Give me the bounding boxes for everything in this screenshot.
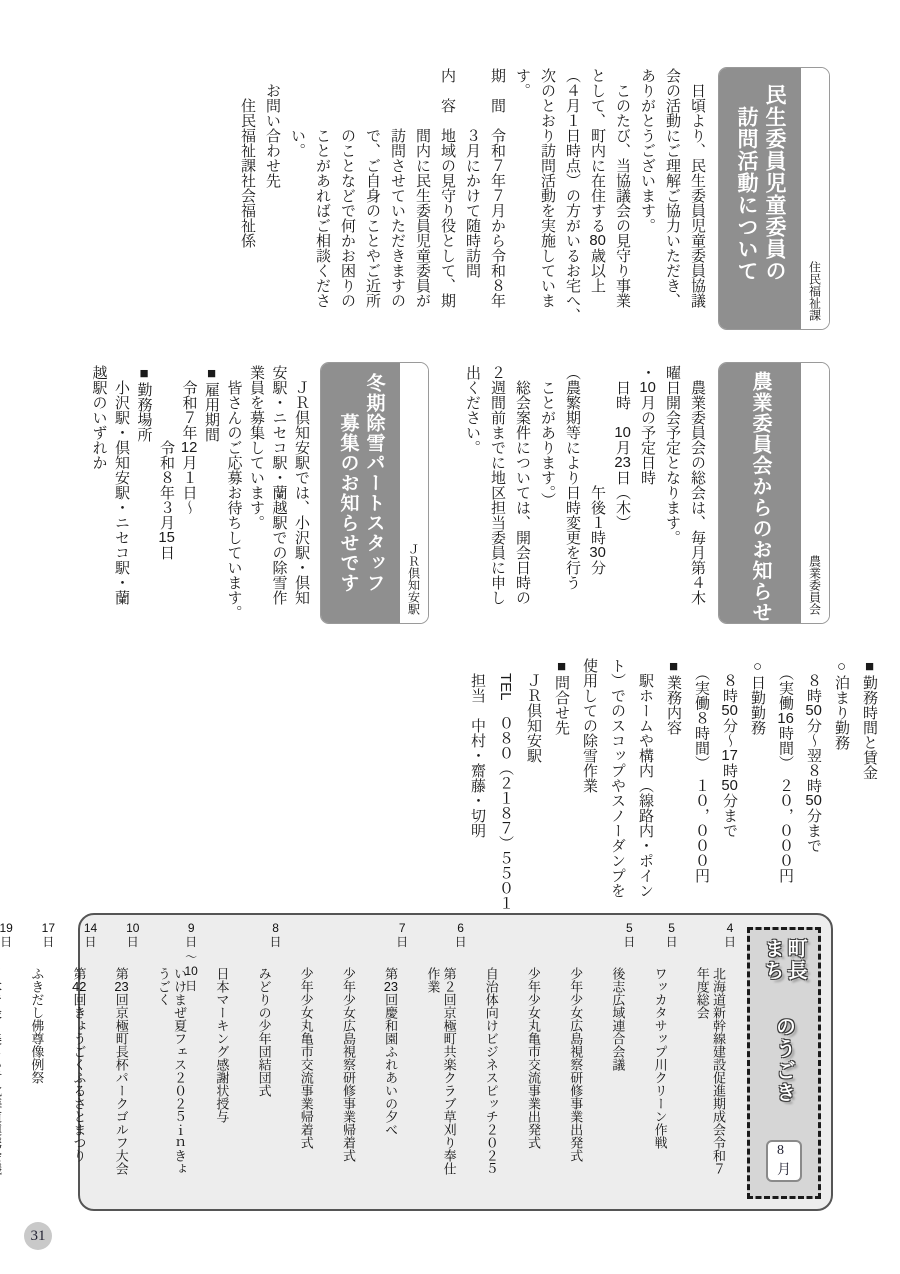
text-column: 次のとおり訪問活動を実施していま bbox=[535, 68, 560, 336]
schedule-date: 14 日 bbox=[82, 921, 100, 965]
schedule-group: 6 日 第２回京極町共楽クラブ草刈り奉仕作業 bbox=[411, 921, 469, 1205]
month-badge: 8月 bbox=[766, 1140, 802, 1182]
schedule-date: 9日 ～ 10日 bbox=[182, 921, 200, 965]
text-column: 小沢駅・倶知安駅・ニセコ駅・蘭 bbox=[110, 365, 133, 675]
article-title-column: 農業委員会からのお知らせ bbox=[746, 371, 774, 623]
text-column: のことなどで何かお困りの bbox=[335, 68, 360, 336]
schedule-event: ワッカタサップ川クリーン作戦 bbox=[651, 967, 667, 1177]
text-column: 曜日開会予定となります。 bbox=[660, 365, 685, 665]
text-column: 内 容 地域の見守り役として、期 bbox=[435, 68, 460, 336]
dept-label: 農業委員会 bbox=[807, 555, 824, 615]
article-2-title: 農業委員会からのお知らせ bbox=[746, 363, 774, 623]
article-3-title-area: 冬期除雪パートスタッフ 募集のお知らせです bbox=[321, 363, 400, 623]
schedule-group: 8 日 みどりの少年団結団式日本マーキング感謝状授与 bbox=[200, 921, 284, 1205]
text-column: ■業務内容 bbox=[659, 658, 687, 923]
text-column: 安駅・ニセコ駅・蘭越駅での除雪作 bbox=[267, 365, 290, 675]
text-column: ことがあればご相談くださ bbox=[310, 68, 335, 336]
schedule-event: 日本で最も美しい村北海道連携会議 bbox=[0, 967, 2, 1177]
article-3-header: 冬期除雪パートスタッフ 募集のお知らせです ＪＲ倶知安駅 bbox=[320, 362, 429, 624]
schedule-date: 17 日 bbox=[39, 921, 57, 965]
text-column: 業員を募集しています。 bbox=[245, 365, 268, 675]
text-column: で、ご自身のことやご近所 bbox=[360, 68, 385, 336]
text-column: 間内に民生委員児童委員が bbox=[410, 68, 435, 336]
text-column: 出ください。 bbox=[460, 365, 485, 665]
text-column: 越駅のいずれか bbox=[87, 365, 110, 675]
schedule-event: 第23回慶和園ふれあいの夕べ bbox=[382, 967, 398, 1177]
schedule-event: 自治体向けビジネスピッチ２０２５ bbox=[483, 967, 499, 1177]
schedule-group-events: 北海道新幹線建設促進期成会令和７年度総会 bbox=[681, 967, 739, 1177]
text-column: お問い合わせ先 bbox=[260, 68, 285, 336]
schedule-group-events: 第23回慶和園ふれあいの夕べ少年少女広島視察研修事業帰着式少年少女丸亀市交流事業… bbox=[285, 967, 412, 1177]
mayor-schedule-table: 町長 まち のうごき 8月 4 日 北海道新幹線建設促進期成会令和７年度総会 5… bbox=[78, 913, 833, 1211]
text-column: 令和８年３月15日 bbox=[155, 365, 178, 675]
dept-label: ＪＲ倶知安駅 bbox=[406, 543, 423, 615]
schedule-event: 第２回京極町共楽クラブ草刈り奉仕作業 bbox=[424, 967, 456, 1177]
article-3-body-part1: ＪＲ倶知安駅では、小沢駅・倶知安駅・ニセコ駅・蘭越駅での除雪作業員を募集していま… bbox=[87, 365, 312, 675]
article-1-header: 民生委員児童委員の 訪問活動について 住民福祉課 bbox=[718, 67, 830, 330]
text-column: 令和７年12月１日～ bbox=[177, 365, 200, 675]
text-column: 農業委員会の総会は、毎月第４木 bbox=[685, 365, 710, 665]
article-2-dept-tab: 農業委員会 bbox=[801, 363, 829, 623]
article-2-title-area: 農業委員会からのお知らせ bbox=[719, 363, 801, 623]
schedule-event: 少年少女広島視察研修事業出発式 bbox=[567, 967, 583, 1177]
text-column: ありがとうございます。 bbox=[635, 68, 660, 336]
text-column: ■勤務場所 bbox=[132, 365, 155, 675]
schedule-group: 4 日 北海道新幹線建設促進期成会令和７年度総会 bbox=[681, 921, 739, 1205]
text-column: ３月にかけて随時訪問 bbox=[460, 68, 485, 336]
article-3-body-part2: ■勤務時間と賃金○泊まり勤務 ８時50分～翌８時50分まで （実働16時間） ２… bbox=[463, 658, 883, 923]
schedule-date: 10 日 bbox=[124, 921, 142, 965]
schedule-group-events: ふきだし佛尊像例祭 bbox=[15, 967, 57, 1177]
text-column: す。 bbox=[510, 68, 535, 336]
article-title-column: 民生委員児童委員の bbox=[760, 84, 788, 329]
text-column: （農繁期等により日時変更を行う bbox=[560, 365, 585, 665]
schedule-group-events: 第23回京極町長杯パークゴルフ大会 bbox=[100, 967, 142, 1177]
text-column: （実働16時間） ２０，０００円 bbox=[771, 658, 799, 923]
text-column: ２週間前までに地区担当委員に申し bbox=[485, 365, 510, 665]
schedule-entries: 4 日 北海道新幹線建設促進期成会令和７年度総会 5 日 ワッカタサップ川クリー… bbox=[90, 921, 739, 1205]
text-column: （４月１日時点）の方がいるお宅へ、 bbox=[560, 68, 585, 336]
text-column: ・10月の予定日時 bbox=[635, 365, 660, 665]
schedule-date: 7 日 bbox=[393, 921, 411, 965]
text-column: 使用しての除雪作業 bbox=[575, 658, 603, 923]
schedule-event: 日本マーキング感謝状授与 bbox=[213, 967, 229, 1177]
schedule-date: 5 日 bbox=[620, 921, 638, 965]
schedule-group-events: 後志広域連合会議少年少女広島視察研修事業出発式少年少女丸亀市交流事業出発式自治体… bbox=[470, 967, 639, 1177]
schedule-group-events: ワッカタサップ川クリーン作戦 bbox=[638, 967, 680, 1177]
schedule-event: 北海道新幹線建設促進期成会令和７年度総会 bbox=[694, 967, 726, 1177]
text-column: 日時 10月23日（木） bbox=[610, 365, 635, 665]
text-column: い。 bbox=[285, 68, 310, 336]
schedule-event: いけまぜ夏フェス２０２５ｉｎきょうごく bbox=[155, 967, 187, 1177]
schedule-event: 第42回きょうごくふるさとまつり bbox=[70, 967, 86, 1177]
text-column: 駅ホームや構内（線路内・ポイン bbox=[631, 658, 659, 923]
schedule-date: 5 日 bbox=[663, 921, 681, 965]
mayor-box-title-2: まち bbox=[758, 938, 787, 982]
text-column: ○泊まり勤務 bbox=[827, 658, 855, 923]
mayor-box-title-3: のうごき bbox=[770, 1016, 799, 1104]
schedule-event: 少年少女広島視察研修事業帰着式 bbox=[340, 967, 356, 1177]
text-column: 住民福祉課社会福祉係 bbox=[235, 68, 260, 336]
article-1-title: 民生委員児童委員の 訪問活動について bbox=[732, 68, 788, 329]
schedule-group: 14 日 第42回きょうごくふるさとまつり bbox=[57, 921, 99, 1205]
schedule-group-events: いけまぜ夏フェス２０２５ｉｎきょうごく bbox=[142, 967, 200, 1177]
text-column: ＪＲ倶知安駅 bbox=[519, 658, 547, 923]
schedule-group: 7 日 第23回慶和園ふれあいの夕べ少年少女広島視察研修事業帰着式少年少女丸亀市… bbox=[285, 921, 412, 1205]
article-1-body: 日頃より、民生委員児童委員協議会の活動にご理解ご協力いただき、ありがとうございま… bbox=[235, 68, 710, 336]
schedule-date: 19 日 bbox=[0, 921, 15, 965]
dept-label: 住民福祉課 bbox=[807, 261, 824, 321]
schedule-group-events: みどりの少年団結団式日本マーキング感謝状授与 bbox=[200, 967, 284, 1177]
article-1-dept-tab: 住民福祉課 bbox=[801, 68, 829, 329]
text-column: ト）でのスコップやスノーダンプを bbox=[603, 658, 631, 923]
article-1-title-area: 民生委員児童委員の 訪問活動について bbox=[719, 68, 801, 329]
text-column: ○日勤勤務 bbox=[743, 658, 771, 923]
text-column: ■勤務時間と賃金 bbox=[855, 658, 883, 923]
text-column: 総会案件については、開会日時の bbox=[510, 365, 535, 665]
text-column: ことがあります。） bbox=[535, 365, 560, 665]
mayor-box: 町長 まち のうごき 8月 bbox=[747, 927, 821, 1199]
schedule-date: 4 日 bbox=[721, 921, 739, 965]
text-column: 担当 中村・齋藤・切明 bbox=[463, 658, 491, 923]
schedule-group-events: 第２回京極町共楽クラブ草刈り奉仕作業 bbox=[411, 967, 469, 1177]
text-column: 午後１時30分 bbox=[585, 365, 610, 665]
text-column: 会の活動にご理解ご協力いただき、 bbox=[660, 68, 685, 336]
schedule-date: 6 日 bbox=[452, 921, 470, 965]
schedule-event: 第23回京極町長杯パークゴルフ大会 bbox=[113, 967, 129, 1177]
article-title-column: 冬期除雪パートスタッフ bbox=[361, 373, 387, 623]
article-title-column: 募集のお知らせです bbox=[335, 373, 361, 623]
schedule-event: 少年少女丸亀市交流事業帰着式 bbox=[298, 967, 314, 1177]
text-column: として、町内に在住する80歳以上 bbox=[585, 68, 610, 336]
schedule-group: 9日 ～ 10日 いけまぜ夏フェス２０２５ｉｎきょうごく bbox=[142, 921, 200, 1205]
text-column: ＪＲ倶知安駅では、小沢駅・倶知 bbox=[290, 365, 313, 675]
article-3-dept-tab: ＪＲ倶知安駅 bbox=[400, 363, 428, 623]
text-column: TEL ０８０（２１８７）５５０１ bbox=[491, 658, 519, 923]
text-column: ■問合せ先 bbox=[547, 658, 575, 923]
schedule-group-events: 日本で最も美しい村北海道連携会議 bbox=[0, 967, 15, 1177]
text-column: このたび、当協議会の見守り事業 bbox=[610, 68, 635, 336]
page-number: 31 bbox=[24, 1222, 52, 1250]
text-column: （実働８時間） １０，０００円 bbox=[687, 658, 715, 923]
schedule-event: 後志広域連合会議 bbox=[609, 967, 625, 1177]
text-column: ８時50分～翌８時50分まで bbox=[799, 658, 827, 923]
schedule-event: ふきだし佛尊像例祭 bbox=[28, 967, 44, 1177]
schedule-group: 19 日 日本で最も美しい村北海道連携会議 bbox=[0, 921, 15, 1205]
article-2-header: 農業委員会からのお知らせ 農業委員会 bbox=[718, 362, 830, 624]
article-title-column: 訪問活動について bbox=[732, 84, 760, 329]
schedule-group: 5 日 ワッカタサップ川クリーン作戦 bbox=[638, 921, 680, 1205]
text-column: 期 間 令和７年７月から令和８年 bbox=[485, 68, 510, 336]
text-column: 日頃より、民生委員児童委員協議 bbox=[685, 68, 710, 336]
schedule-date: 8 日 bbox=[267, 921, 285, 965]
schedule-group: 10 日 第23回京極町長杯パークゴルフ大会 bbox=[100, 921, 142, 1205]
text-column: 皆さんのご応募お待ちしています。 bbox=[222, 365, 245, 675]
newsletter-page: 民生委員児童委員の 訪問活動について 住民福祉課 日頃より、民生委員児童委員協議… bbox=[0, 0, 900, 1274]
schedule-group-events: 第42回きょうごくふるさとまつり bbox=[57, 967, 99, 1177]
schedule-group: 17 日 ふきだし佛尊像例祭 bbox=[15, 921, 57, 1205]
text-column: ８時50分～17時50分まで bbox=[715, 658, 743, 923]
text-column: 訪問させていただきますの bbox=[385, 68, 410, 336]
article-2-body: 農業委員会の総会は、毎月第４木曜日開会予定となります。・10月の予定日時 日時 … bbox=[460, 365, 710, 665]
schedule-event: みどりの少年団結団式 bbox=[255, 967, 271, 1177]
schedule-group: 5 日 後志広域連合会議少年少女広島視察研修事業出発式少年少女丸亀市交流事業出発… bbox=[470, 921, 639, 1205]
text-column: ■雇用期間 bbox=[200, 365, 223, 675]
schedule-event: 少年少女丸亀市交流事業出発式 bbox=[525, 967, 541, 1177]
article-3-title: 冬期除雪パートスタッフ 募集のお知らせです bbox=[335, 363, 387, 623]
